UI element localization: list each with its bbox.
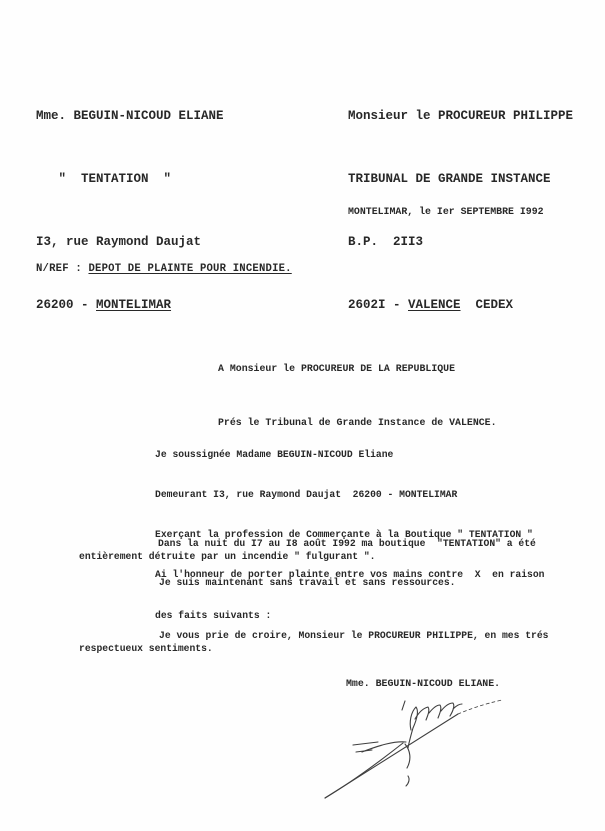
sender-shop-name: " TENTATION " — [36, 169, 224, 190]
signature-strokes — [325, 700, 502, 798]
closing-line-2: respectueux sentiments. — [79, 642, 213, 655]
sender-city-line: 26200 - MONTELIMAR — [36, 295, 224, 316]
recipient-postal-code: 2602I - — [348, 298, 408, 312]
signature-comma-stroke — [406, 776, 409, 786]
signature-tick-stroke — [402, 701, 405, 710]
body-line: des faits suivants : — [155, 609, 545, 622]
signature-tail-stroke — [458, 700, 502, 714]
addressee-line1: A Monsieur le PROCUREUR DE LA REPUBLIQUE — [218, 360, 497, 378]
closing-line-1: Je vous prie de croire, Monsieur le PROC… — [159, 629, 549, 642]
date-line: MONTELIMAR, le Ier SEPTEMBRE I992 — [348, 206, 544, 217]
body-line: Je soussignée Madame BEGUIN-NICOUD Elian… — [155, 448, 545, 461]
recipient-po-box: B.P. 2II3 — [348, 232, 573, 253]
signature-name: Mme. BEGUIN-NICOUD ELIANE. — [346, 678, 500, 689]
sender-city: MONTELIMAR — [96, 298, 171, 312]
recipient-court: TRIBUNAL DE GRANDE INSTANCE — [348, 169, 573, 190]
letter-page: Mme. BEGUIN-NICOUD ELIANE " TENTATION " … — [0, 0, 605, 831]
reference-subject: DEPOT DE PLAINTE POUR INCENDIE. — [88, 263, 291, 275]
body-paragraph-3: Je suis maintenant sans travail et sans … — [159, 576, 456, 589]
reference-prefix: N/REF : — [36, 263, 88, 275]
recipient-city-line: 2602I - VALENCE CEDEX — [348, 295, 573, 316]
handwritten-signature — [298, 692, 513, 817]
body-paragraph-2-line-1: Dans la nuit du I7 au I8 août I992 ma bo… — [158, 537, 536, 550]
body-paragraph-1: Je soussignée Madame BEGUIN-NICOUD Elian… — [155, 421, 545, 649]
recipient-city: VALENCE — [408, 298, 461, 312]
body-line: Demeurant I3, rue Raymond Daujat 26200 -… — [155, 488, 545, 501]
sender-postal-code: 26200 - — [36, 298, 96, 312]
sender-name: Mme. BEGUIN-NICOUD ELIANE — [36, 106, 224, 127]
signature-humps-stroke — [415, 703, 462, 720]
body-paragraph-2-line-2: entièrement détruite par un incendie " f… — [79, 550, 376, 563]
signature-letter-stroke — [408, 707, 417, 748]
recipient-cedex: CEDEX — [461, 298, 514, 312]
sender-street: I3, rue Raymond Daujat — [36, 232, 224, 253]
reference-line: N/REF : DEPOT DE PLAINTE POUR INCENDIE. — [36, 263, 292, 275]
sender-address-block: Mme. BEGUIN-NICOUD ELIANE " TENTATION " … — [36, 64, 224, 358]
recipient-name: Monsieur le PROCUREUR PHILIPPE — [348, 106, 573, 127]
